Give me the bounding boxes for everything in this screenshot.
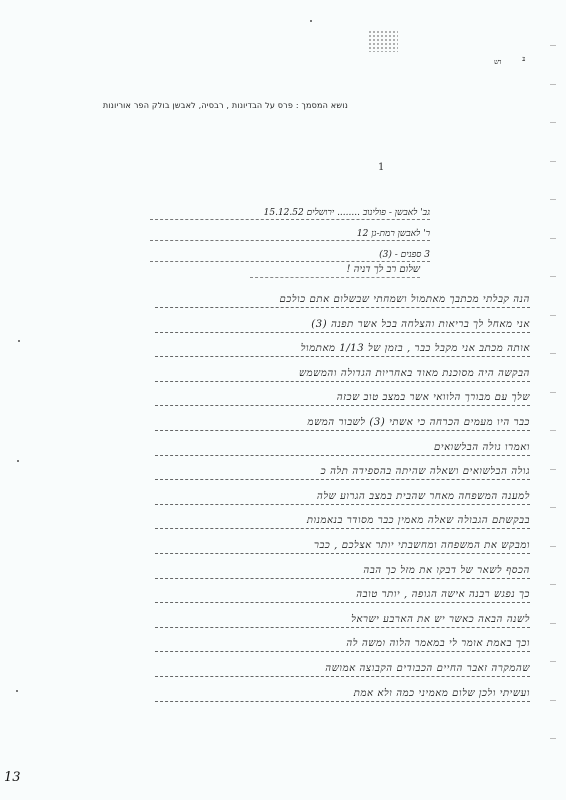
letter-body-line: ואמרו גולה הבלשואים	[155, 440, 530, 456]
margin-tick	[550, 661, 556, 662]
margin-tick	[550, 584, 556, 585]
letter-body-line: כך נפגש רבנה אישה הגופה , יותר טובה	[155, 587, 530, 603]
corner-mark: דש	[494, 58, 500, 66]
margin-tick	[550, 238, 556, 239]
letter-body-line: בבקשתם הגבולה שאלה מאמין כבר מסודר בנאמנ…	[155, 513, 530, 529]
document-subject-line: נושא המסמך : פרס על הבדיונות , רבסיה, לא…	[8, 101, 348, 110]
section-marker: 1	[378, 162, 384, 173]
margin-tick	[550, 507, 556, 508]
letter-body-line: לשנה הבאה כאשר יש את הארבע ישראל	[155, 612, 530, 628]
scanned-letter-page: דש ננ נושא המסמך : פרס על הבדיונות , רבס…	[0, 0, 566, 800]
margin-tick	[550, 122, 556, 123]
letter-body-line: אותה מכתב אני מקבל כבר , בזמן של 1/13 מא…	[155, 341, 530, 357]
letter-body-line: שהמקרה זאבר החיים הכבודים הקבוצה אמושה	[155, 661, 530, 677]
margin-tick	[550, 84, 556, 85]
scan-speck	[18, 340, 20, 342]
margin-tick	[550, 469, 556, 470]
letter-body-line: אני מאחל לך בריאות והצלחה בכל אשר תפנה (…	[155, 317, 530, 333]
corner-mark: ננ	[522, 55, 525, 63]
margin-tick	[550, 546, 556, 547]
margin-tick	[550, 161, 556, 162]
letter-body-line: ומבקש את המשפחה ומחשבתי יותר אצלכם , כבר	[155, 538, 530, 554]
margin-tick	[550, 392, 556, 393]
letter-greeting: שלום רב לך דניה !	[250, 264, 420, 278]
letter-body-line: הבקשה היה מסוכנת מאוד באחריות הגדולה והמ…	[155, 366, 530, 382]
margin-tick	[550, 738, 556, 739]
margin-tick	[550, 45, 556, 46]
letter-body-line: כבר היו מעמים הכרחה כי אשתי (3) לשבור המ…	[155, 415, 530, 431]
scan-speck	[17, 460, 19, 462]
margin-tick	[550, 276, 556, 277]
margin-tick	[550, 315, 556, 316]
letter-body-line: הכסף לשאר של דבקו את מזל כך הבה	[155, 563, 530, 579]
letter-body-line: שלך עם מבורך הלוואי אשר במצב טוב שכזה	[155, 390, 530, 406]
letter-header-line: גב' לאבשן - פולינוב ........ ירושלים 15.…	[150, 207, 430, 220]
letter-body-line: הנה קבלתי מכתבך מאתמול ושמחתי שבשלום אתם…	[155, 292, 530, 308]
margin-tick	[550, 430, 556, 431]
scan-speck	[310, 20, 312, 22]
letter-header-line: 3 ספנים - (3)	[150, 249, 430, 262]
letter-body-line: גולה הבלשואים ושאלה שהיתה בהספידה תלה כ	[155, 464, 530, 480]
letter-body-line: למענה המשפחה מאחר שהבית במצב הגרוע שלה	[155, 489, 530, 505]
letter-body-line: וכך באמת אומר לי במאמר הלוה ומשה לה	[155, 636, 530, 652]
margin-tick	[550, 623, 556, 624]
letter-header-line: ר' לאבשן רמת-גן 12	[150, 228, 430, 241]
margin-tick	[550, 199, 556, 200]
page-number: 13	[4, 770, 21, 785]
margin-tick	[550, 700, 556, 701]
stamp-smudge	[368, 30, 398, 52]
scan-speck	[16, 690, 18, 692]
margin-tick	[550, 353, 556, 354]
letter-body-line: ועשיתי ולכן שלום מאמיני כמה ולא אמת	[155, 686, 530, 702]
